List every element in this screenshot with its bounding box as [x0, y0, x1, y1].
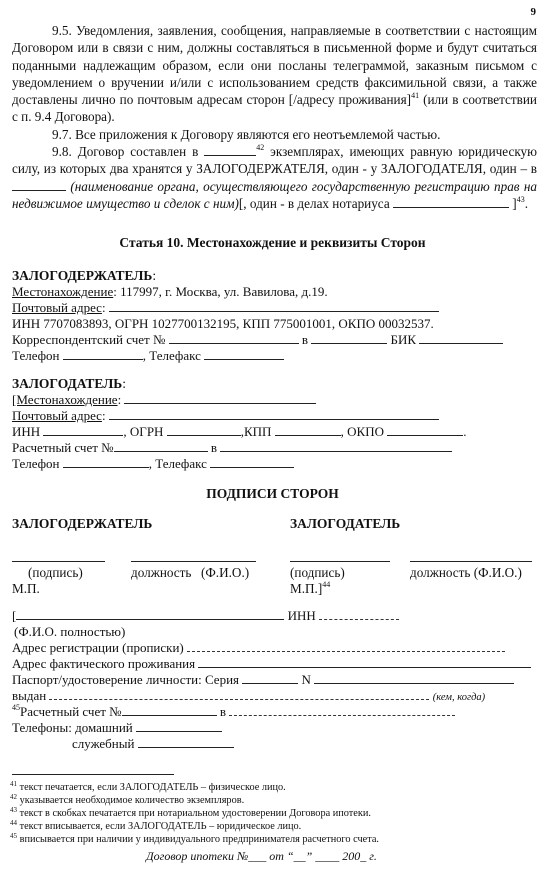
issued-hint: (кем, когда) [433, 692, 485, 703]
footnote-num: 41 [10, 780, 17, 788]
inn-field[interactable] [319, 608, 399, 620]
issued-label: выдан [12, 688, 46, 703]
pledgee-heading-text: ЗАЛОГОДЕРЖАТЕЛЬ [12, 268, 152, 283]
footnote-num: 45 [10, 832, 17, 840]
actual-address-label: Адрес фактического проживания [12, 656, 195, 671]
phone-label: Телефон [12, 348, 60, 363]
bank-field[interactable] [229, 704, 455, 716]
pledgor-phone: Телефон , Телефакс [12, 456, 294, 472]
phone-field[interactable] [63, 456, 149, 468]
clause-9-5: 9.5. Уведомления, заявления, сообщения, … [12, 22, 537, 126]
seal-right: М.П.]44 [290, 581, 330, 597]
in-label: в [302, 332, 308, 347]
reg-address-field[interactable] [187, 640, 505, 652]
actual-address-row: Адрес фактического проживания [12, 656, 531, 672]
account-field[interactable] [122, 704, 217, 716]
clause-9-7: 9.7. Все приложения к Договору являются … [12, 126, 537, 143]
location-label: [Местонахождение [12, 392, 118, 407]
signatures-left-heading: ЗАЛОГОДЕРЖАТЕЛЬ [12, 516, 152, 532]
pledgee-postal: Почтовый адрес: [12, 300, 439, 316]
passport-series-field[interactable] [242, 672, 298, 684]
name-caption: (Ф.И.О.) [201, 565, 249, 581]
bik-label: БИК [391, 332, 417, 347]
footnote-45: 45 вписывается при наличии у индивидуаль… [10, 834, 379, 847]
footnote-text: текст печатается, если ЗАЛОГОДАТЕЛЬ – фи… [20, 782, 286, 793]
footnote-text: указывается необходимое количество экзем… [20, 795, 245, 806]
bik-field[interactable] [419, 332, 503, 344]
footnote-ref: 41 [411, 91, 419, 100]
passport-number-field[interactable] [314, 672, 514, 684]
phones-label: Телефоны: домашний [12, 720, 133, 735]
period: . [525, 196, 528, 211]
pledgor-position-line[interactable] [410, 561, 532, 562]
fax-label: , Телефакс [143, 348, 201, 363]
issued-field[interactable] [49, 688, 429, 700]
registration-body-field[interactable] [12, 179, 66, 191]
pledgee-phone: Телефон , Телефакс [12, 348, 284, 364]
fax-field[interactable] [210, 456, 294, 468]
account-label: Расчетный счет № [12, 440, 114, 455]
postal-label: Почтовый адрес [12, 300, 102, 315]
bank-field[interactable] [220, 440, 452, 452]
fio-caption: (Ф.И.О. полностью) [14, 624, 125, 640]
footnote-ref: 44 [322, 580, 330, 589]
home-phone-row: Телефоны: домашний [12, 720, 222, 736]
pledgee-ids: ИНН 7707083893, ОГРН 1027700132195, КПП … [12, 316, 434, 332]
pledgor-account: Расчетный счет № в [12, 440, 452, 456]
signature-caption: (подпись) [290, 565, 345, 581]
work-phone-row: служебный [72, 736, 234, 752]
copies-field[interactable] [204, 144, 256, 156]
kpp-field[interactable] [275, 424, 341, 436]
ogrn-label: , ОГРН [123, 424, 163, 439]
signatures-right-heading: ЗАЛОГОДАТЕЛЬ [290, 516, 400, 532]
reg-address-row: Адрес регистрации (прописки) [12, 640, 505, 656]
seal-left: М.П. [12, 581, 40, 597]
pledgee-location: Местонахождение: 117997, г. Москва, ул. … [12, 284, 328, 300]
ogrn-field[interactable] [167, 424, 241, 436]
location-label: Местонахождение [12, 284, 113, 299]
clause-9-8-text: 9.8. Договор составлен в [52, 144, 204, 159]
okpo-label: , ОКПО [341, 424, 384, 439]
home-phone-field[interactable] [136, 720, 222, 732]
inn-label: ИНН [12, 424, 40, 439]
footnote-text: текст вписывается, если ЗАЛОГОДАТЕЛЬ – ю… [20, 821, 302, 832]
pledgor-postal: Почтовый адрес: [12, 408, 439, 424]
footnote-num: 44 [10, 819, 17, 827]
pledgor-signature-line[interactable] [290, 561, 390, 562]
notary-field[interactable] [393, 196, 509, 208]
page-number: 9 [531, 6, 537, 18]
footnote-ref: 43 [517, 195, 525, 204]
inn-label: ИНН [288, 608, 316, 623]
individual-account-row: 45Расчетный счет № в [12, 704, 455, 720]
seal-text: М.П.] [290, 581, 322, 596]
position-name-caption: должность (Ф.И.О.) [410, 565, 522, 581]
pledgor-heading-text: ЗАЛОГОДАТЕЛЬ [12, 376, 122, 391]
clause-9-8-text-c: [, один - в делах нотариуса [239, 196, 393, 211]
position-caption: должность [131, 565, 191, 581]
in-label: в [220, 704, 226, 719]
pledgee-postal-field[interactable] [109, 300, 439, 312]
kpp-label: ,КПП [241, 424, 272, 439]
work-label: служебный [72, 736, 134, 751]
signatures-title: ПОДПИСИ СТОРОН [0, 486, 545, 502]
pledgor-postal-field[interactable] [109, 408, 439, 420]
pledgor-heading: ЗАЛОГОДАТЕЛЬ: [12, 376, 126, 392]
number-label: N [302, 672, 311, 687]
pledgee-heading: ЗАЛОГОДЕРЖАТЕЛЬ: [12, 268, 156, 284]
fax-field[interactable] [204, 348, 284, 360]
footnote-num: 43 [10, 806, 17, 814]
pledgor-location: [Местонахождение: [12, 392, 316, 408]
footnote-44: 44 текст вписывается, если ЗАЛОГОДАТЕЛЬ … [10, 821, 301, 834]
postal-label: Почтовый адрес [12, 408, 102, 423]
account-label: Расчетный счет № [20, 704, 122, 719]
pledgor-location-field[interactable] [124, 392, 316, 404]
pledgee-position-line[interactable] [131, 561, 256, 562]
corr-account-field[interactable] [169, 332, 299, 344]
individual-name-row: [ ИНН [12, 608, 399, 624]
page-footer: Договор ипотеки №___ от “__” ____ 200_ г… [146, 849, 377, 864]
reg-address-label: Адрес регистрации (прописки) [12, 640, 184, 655]
fax-label: , Телефакс [149, 456, 207, 471]
phone-field[interactable] [63, 348, 143, 360]
footnote-text: текст в скобках печатается при нотариаль… [20, 808, 371, 819]
footnote-text: вписывается при наличии у индивидуальног… [20, 834, 379, 845]
pledgee-signature-line[interactable] [12, 561, 105, 562]
footnote-num: 42 [10, 793, 17, 801]
footnote-41: 41 текст печатается, если ЗАЛОГОДАТЕЛЬ –… [10, 782, 286, 795]
bank-field[interactable] [311, 332, 387, 344]
work-phone-field[interactable] [138, 736, 234, 748]
actual-address-field[interactable] [198, 656, 531, 668]
account-field[interactable] [114, 440, 208, 452]
passport-label: Паспорт/удостоверение личности: Серия [12, 672, 239, 687]
location-value: : 117997, г. Москва, ул. Вавилова, д.19. [113, 284, 327, 299]
signature-caption: (подпись) [28, 565, 83, 581]
footnote-ref: 45 [12, 703, 20, 712]
inn-field[interactable] [43, 424, 123, 436]
pledgor-ids: ИНН , ОГРН ,КПП , ОКПО . [12, 424, 467, 440]
passport-row: Паспорт/удостоверение личности: Серия N [12, 672, 514, 688]
footnote-43: 43 текст в скобках печатается при нотари… [10, 808, 371, 821]
footnote-separator [12, 774, 174, 775]
phone-label: Телефон [12, 456, 60, 471]
article-title: Статья 10. Местонахождение и реквизиты С… [0, 235, 545, 251]
footnote-42: 42 указывается необходимое количество эк… [10, 795, 244, 808]
clause-9-8: 9.8. Договор составлен в 42 экземплярах,… [12, 143, 537, 212]
corr-account-label: Корреспондентский счет № [12, 332, 165, 347]
pledgee-corr-account: Корреспондентский счет № в БИК [12, 332, 503, 348]
okpo-field[interactable] [387, 424, 463, 436]
full-name-field[interactable] [16, 608, 284, 620]
in-label: в [211, 440, 217, 455]
